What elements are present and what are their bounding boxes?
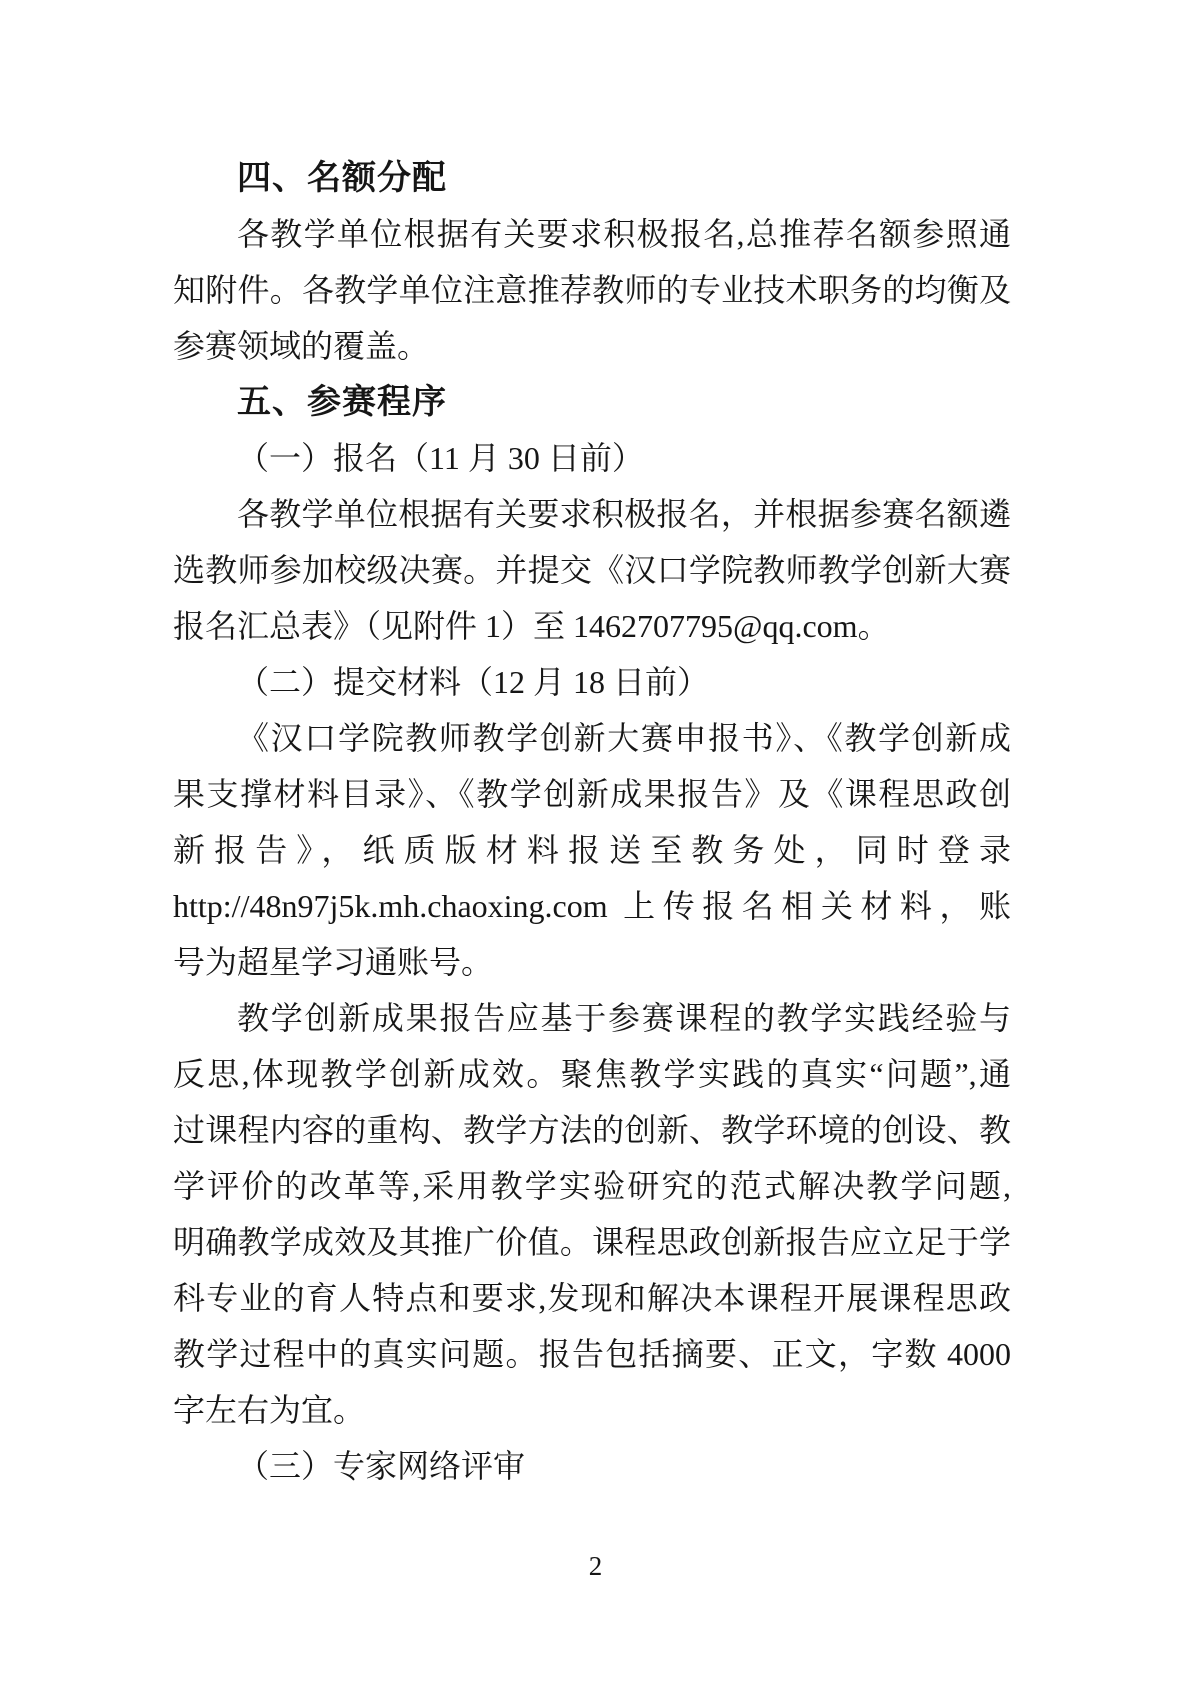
paragraph-line: 过课程内容的重构、教学方法的创新、教学环境的创设、教 xyxy=(173,1102,1011,1158)
paragraph-line: 反思,体现教学创新成效。聚焦教学实践的真实“问题”,通 xyxy=(173,1046,1011,1102)
paragraph-line: 各教学单位根据有关要求积极报名，并根据参赛名额遴 xyxy=(173,486,1011,542)
subheading-expert-review: （三）专家网络评审 xyxy=(173,1438,1011,1494)
paragraph-line: 果支撑材料目录》、《教学创新成果报告》及《课程思政创 xyxy=(173,766,1011,822)
paragraph-line: 号为超星学习通账号。 xyxy=(173,934,1011,990)
document-page: 四、名额分配 各教学单位根据有关要求积极报名,总推荐名额参照通 知附件。各教学单… xyxy=(0,0,1191,1684)
paragraph-line: 选教师参加校级决赛。并提交《汉口学院教师教学创新大赛 xyxy=(173,542,1011,598)
section-heading-quota-allocation: 四、名额分配 xyxy=(173,150,1011,206)
paragraph-line: 参赛领域的覆盖。 xyxy=(173,318,1011,374)
paragraph-line: 各教学单位根据有关要求积极报名,总推荐名额参照通 xyxy=(173,206,1011,262)
paragraph-line: 教学创新成果报告应基于参赛课程的教学实践经验与 xyxy=(173,990,1011,1046)
paragraph-line: 教学过程中的真实问题。报告包括摘要、正文，字数 4000 xyxy=(173,1326,1011,1382)
paragraph-line: 《汉口学院教师教学创新大赛申报书》、《教学创新成 xyxy=(173,710,1011,766)
subheading-registration: （一）报名（11 月 30 日前） xyxy=(173,430,1011,486)
paragraph-line: 明确教学成效及其推广价值。课程思政创新报告应立足于学 xyxy=(173,1214,1011,1270)
paragraph-line: 知附件。各教学单位注意推荐教师的专业技术职务的均衡及 xyxy=(173,262,1011,318)
subheading-submit-materials: （二）提交材料（12 月 18 日前） xyxy=(173,654,1011,710)
paragraph-line: 科专业的育人特点和要求,发现和解决本课程开展课程思政 xyxy=(173,1270,1011,1326)
paragraph-line: 新报告》，纸质版材料报送至教务处，同时登录 xyxy=(173,822,1011,878)
document-body: 四、名额分配 各教学单位根据有关要求积极报名,总推荐名额参照通 知附件。各教学单… xyxy=(173,150,1011,1494)
page-number: 2 xyxy=(0,1548,1191,1584)
paragraph-line: 学评价的改革等,采用教学实验研究的范式解决教学问题, xyxy=(173,1158,1011,1214)
paragraph-line-url: http://48n97j5k.mh.chaoxing.com 上传报名相关材料… xyxy=(173,878,1011,934)
section-heading-entry-procedure: 五、参赛程序 xyxy=(173,374,1011,430)
paragraph-line-email: 报名汇总表》（见附件 1）至 1462707795@qq.com。 xyxy=(173,598,1011,654)
paragraph-line: 字左右为宜。 xyxy=(173,1382,1011,1438)
